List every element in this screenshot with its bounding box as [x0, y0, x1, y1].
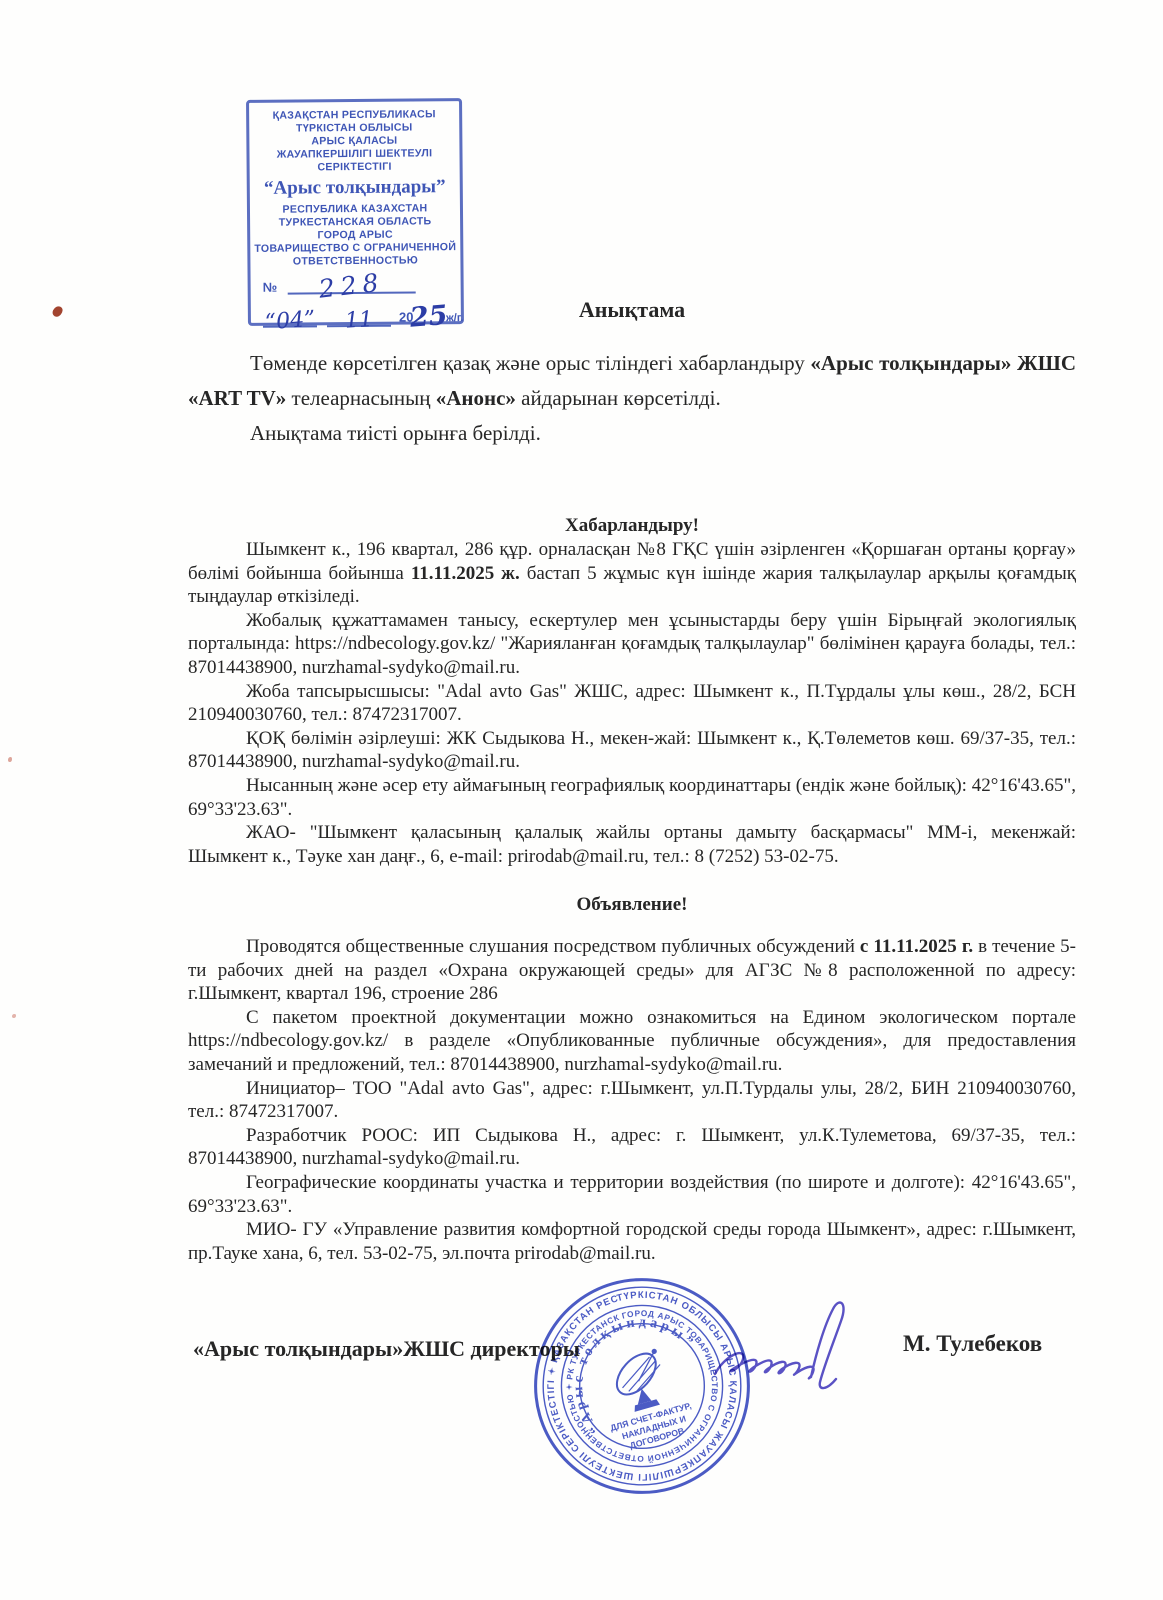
announcement-kk-heading: Хабарландыру!	[188, 514, 1076, 538]
intro-run: айдарынан көрсетілді.	[516, 386, 721, 410]
scan-speck	[8, 757, 12, 762]
stamp-number-row: №228	[250, 267, 460, 297]
paragraph: Жоба тапсырысшысы: "Adal avto Gas" ЖШС, …	[188, 680, 1076, 727]
intro-paragraph: Төменде көрсетілген қазақ және орыс тілі…	[188, 346, 1076, 416]
signature-scribble	[710, 1290, 885, 1408]
paragraph: ҚОҚ бөлімін әзірлеуші: ЖК Сыдыкова Н., м…	[188, 727, 1076, 774]
stamp-line-kk: ЖАУАПКЕРШІЛІГІ ШЕКТЕУЛІ	[249, 147, 459, 162]
run-bold: с 11.11.2025 г.	[860, 936, 973, 957]
paragraph: Разработчик РООС: ИП Сыдыкова Н., адрес:…	[188, 1124, 1076, 1171]
document-page: ҚАЗАҚСТАН РЕСПУБЛИКАСЫ ТҮРКІСТАН ОБЛЫСЫ …	[0, 0, 1163, 1600]
stamp-line-ru: ТОВАРИЩЕСТВО С ОГРАНИЧЕННОЙ	[250, 241, 460, 256]
stamp-number-label: №	[263, 280, 278, 295]
paragraph: Жобалық құжаттамамен танысу, ескертулер …	[188, 609, 1076, 680]
paragraph: ЖАО- "Шымкент қаласының қалалық жайлы ор…	[188, 821, 1076, 868]
stamp-line-ru: ТУРКЕСТАНСКАЯ ОБЛАСТЬ	[250, 215, 460, 230]
registration-stamp: ҚАЗАҚСТАН РЕСПУБЛИКАСЫ ТҮРКІСТАН ОБЛЫСЫ …	[246, 98, 464, 326]
paragraph: Проводятся общественные слушания посредс…	[188, 935, 1076, 1006]
intro-run: телеарнасының	[286, 386, 435, 410]
paragraph: Географические координаты участка и терр…	[188, 1171, 1076, 1218]
scan-speck	[51, 305, 64, 319]
announcement-ru-section: Объявление! Проводятся общественные слуш…	[188, 893, 1076, 1265]
run-bold: 11.11.2025 ж.	[411, 563, 520, 584]
paragraph: МИО- ГУ «Управление развития комфортной …	[188, 1218, 1076, 1265]
stamp-line-kk: СЕРІКТЕСТІГІ	[250, 160, 460, 175]
stamp-line-kk: ҚАЗАҚСТАН РЕСПУБЛИКАСЫ	[249, 108, 459, 123]
satellite-dish-icon	[602, 1342, 673, 1416]
announcement-ru-heading: Объявление!	[188, 893, 1076, 917]
intro-run-bold: «Анонс»	[436, 386, 516, 410]
intro-run: Төменде көрсетілген қазақ және орыс тілі…	[250, 351, 810, 375]
scan-speck	[12, 1014, 16, 1018]
announcement-kk-section: Хабарландыру! Шымкент к., 196 квартал, 2…	[188, 514, 1076, 868]
director-position-label: «Арыс толқындары»ЖШС директоры	[193, 1336, 580, 1362]
run: Проводятся общественные слушания посредс…	[246, 936, 860, 957]
paragraph: Нысанның және әсер ету аймағының географ…	[188, 774, 1076, 821]
intro-section: Төменде көрсетілген қазақ және орыс тілі…	[188, 346, 1076, 451]
paragraph: С пакетом проектной документации можно о…	[188, 1006, 1076, 1077]
intro-paragraph: Анықтама тиісті орынға берілді.	[188, 416, 1076, 451]
paragraph: Шымкент к., 196 квартал, 286 құр. орнала…	[188, 538, 1076, 609]
document-title: Анықтама	[188, 297, 1076, 323]
stamp-org-name: “Арыс толқындары”	[250, 175, 460, 201]
signer-name: М. Тулебеков	[903, 1331, 1042, 1357]
paragraph: Инициатор– ТОО "Adal avto Gas", адрес: г…	[188, 1077, 1076, 1124]
